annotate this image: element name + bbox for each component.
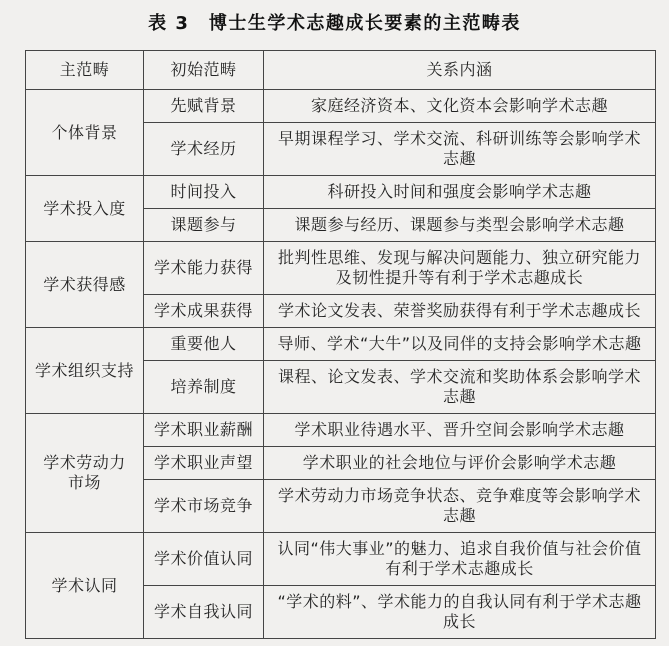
relation-cell: 批判性思维、发现与解决问题能力、独立研究能力及韧性提升等有利于学术志趣成长 [264,242,656,295]
relation-cell: 学术职业的社会地位与评价会影响学术志趣 [264,447,656,480]
initial-category-cell: 学术价值认同 [144,533,264,586]
relation-cell: 课程、论文发表、学术交流和奖助体系会影响学术志趣 [264,361,656,414]
relation-cell: 早期课程学习、学术交流、科研训练等会影响学术志趣 [264,123,656,176]
header-main-category: 主范畴 [26,51,144,90]
initial-category-cell: 培养制度 [144,361,264,414]
table-row: 学术组织支持重要他人导师、学术“大牛”以及同伴的支持会影响学术志趣 [26,328,656,361]
relation-cell: 科研投入时间和强度会影响学术志趣 [264,176,656,209]
relation-cell: “学术的料”、学术能力的自我认同有利于学术志趣成长 [264,586,656,639]
table-row: 学术认同学术价值认同认同“伟大事业”的魅力、追求自我价值与社会价值有利于学术志趣… [26,533,656,586]
main-category-table: 主范畴 初始范畴 关系内涵 个体背景先赋背景家庭经济资本、文化资本会影响学术志趣… [25,50,656,639]
initial-category-cell: 课题参与 [144,209,264,242]
main-category-cell: 个体背景 [26,90,144,176]
main-category-cell: 学术获得感 [26,242,144,328]
table-row: 个体背景先赋背景家庭经济资本、文化资本会影响学术志趣 [26,90,656,123]
initial-category-cell: 学术职业声望 [144,447,264,480]
table-row: 学术获得感学术能力获得批判性思维、发现与解决问题能力、独立研究能力及韧性提升等有… [26,242,656,295]
table-body: 个体背景先赋背景家庭经济资本、文化资本会影响学术志趣学术经历早期课程学习、学术交… [26,90,656,639]
initial-category-cell: 学术成果获得 [144,295,264,328]
main-category-cell: 学术认同 [26,533,144,639]
main-category-cell: 学术劳动力 市场 [26,414,144,533]
relation-cell: 学术劳动力市场竞争状态、竞争难度等会影响学术志趣 [264,480,656,533]
relation-cell: 学术论文发表、荣誉奖励获得有利于学术志趣成长 [264,295,656,328]
main-category-cell: 学术组织支持 [26,328,144,414]
table-row: 学术劳动力 市场学术职业薪酬学术职业待遇水平、晋升空间会影响学术志趣 [26,414,656,447]
header-row: 主范畴 初始范畴 关系内涵 [26,51,656,90]
initial-category-cell: 学术职业薪酬 [144,414,264,447]
relation-cell: 家庭经济资本、文化资本会影响学术志趣 [264,90,656,123]
header-relation: 关系内涵 [264,51,656,90]
initial-category-cell: 学术能力获得 [144,242,264,295]
relation-cell: 课题参与经历、课题参与类型会影响学术志趣 [264,209,656,242]
relation-cell: 认同“伟大事业”的魅力、追求自我价值与社会价值有利于学术志趣成长 [264,533,656,586]
initial-category-cell: 学术经历 [144,123,264,176]
initial-category-cell: 时间投入 [144,176,264,209]
initial-category-cell: 学术市场竞争 [144,480,264,533]
table-title: 表 3 博士生学术志趣成长要素的主范畴表 [0,0,669,35]
initial-category-cell: 学术自我认同 [144,586,264,639]
initial-category-cell: 重要他人 [144,328,264,361]
initial-category-cell: 先赋背景 [144,90,264,123]
table-row: 学术投入度时间投入科研投入时间和强度会影响学术志趣 [26,176,656,209]
main-category-cell: 学术投入度 [26,176,144,242]
header-initial-category: 初始范畴 [144,51,264,90]
relation-cell: 导师、学术“大牛”以及同伴的支持会影响学术志趣 [264,328,656,361]
relation-cell: 学术职业待遇水平、晋升空间会影响学术志趣 [264,414,656,447]
